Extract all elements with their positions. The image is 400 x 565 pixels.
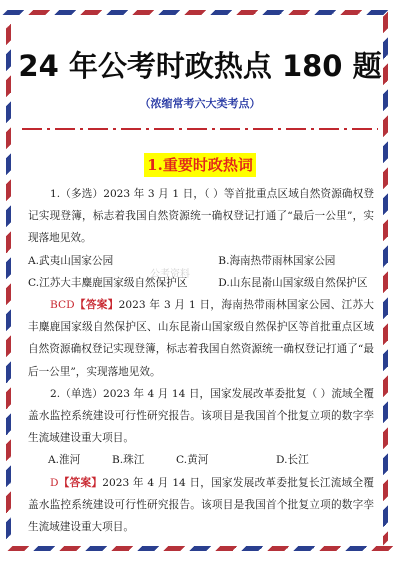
option-d: D.山东昆嵛山国家级自然保护区 xyxy=(218,272,374,294)
airmail-border-top xyxy=(3,10,389,15)
option-c: C.江苏大丰麋鹿国家级自然保护区 xyxy=(28,272,218,294)
answer-tag: 【答案】 xyxy=(75,299,119,311)
options-row: C.江苏大丰麋鹿国家级自然保护区 D.山东昆嵛山国家级自然保护区 xyxy=(28,272,374,294)
answer-key: D xyxy=(50,477,59,489)
option-d: D.长江 xyxy=(276,449,309,471)
question-stem: 2.（单选）2023 年 4 月 14 日，国家发展改革委批复（ ）流域全覆盖水… xyxy=(28,383,374,450)
answer-explanation: D【答案】2023 年 4 月 14 日，国家发展改革委批复长江流域全覆盖水监控… xyxy=(28,472,374,539)
question-list: 1.（多选）2023 年 3 月 1 日，（ ）等首批重点区域自然资源确权登记实… xyxy=(28,183,374,538)
options-row: A.武夷山国家公园 B.海南热带雨林国家公园 xyxy=(28,250,374,272)
option-c: C.黄河 xyxy=(176,449,276,471)
options-row: A.淮河 B.珠江 C.黄河 D.长江 xyxy=(28,449,374,471)
document-subtitle: （浓缩常考六大类考点） xyxy=(0,95,400,111)
section-heading: 1.重要时政热词 xyxy=(144,153,256,177)
question-2: 2.（单选）2023 年 4 月 14 日，国家发展改革委批复（ ）流域全覆盖水… xyxy=(28,383,374,538)
document-title: 24 年公考时政热点 180 题 xyxy=(0,44,400,85)
airmail-border-bottom xyxy=(8,546,395,551)
question-stem: 1.（多选）2023 年 3 月 1 日，（ ）等首批重点区域自然资源确权登记实… xyxy=(28,183,374,250)
option-b: B.海南热带雨林国家公园 xyxy=(218,250,374,272)
dash-dot-divider xyxy=(22,128,378,130)
question-1: 1.（多选）2023 年 3 月 1 日，（ ）等首批重点区域自然资源确权登记实… xyxy=(28,183,374,383)
answer-key: BCD xyxy=(50,299,75,311)
airmail-border-right xyxy=(383,12,388,546)
option-b: B.珠江 xyxy=(112,449,176,471)
option-a: A.武夷山国家公园 xyxy=(28,250,218,272)
answer-explanation: BCD【答案】2023 年 3 月 1 日，海南热带雨林国家公园、江苏大丰麋鹿国… xyxy=(28,294,374,383)
option-a: A.淮河 xyxy=(48,449,112,471)
answer-tag: 【答案】 xyxy=(59,477,103,489)
